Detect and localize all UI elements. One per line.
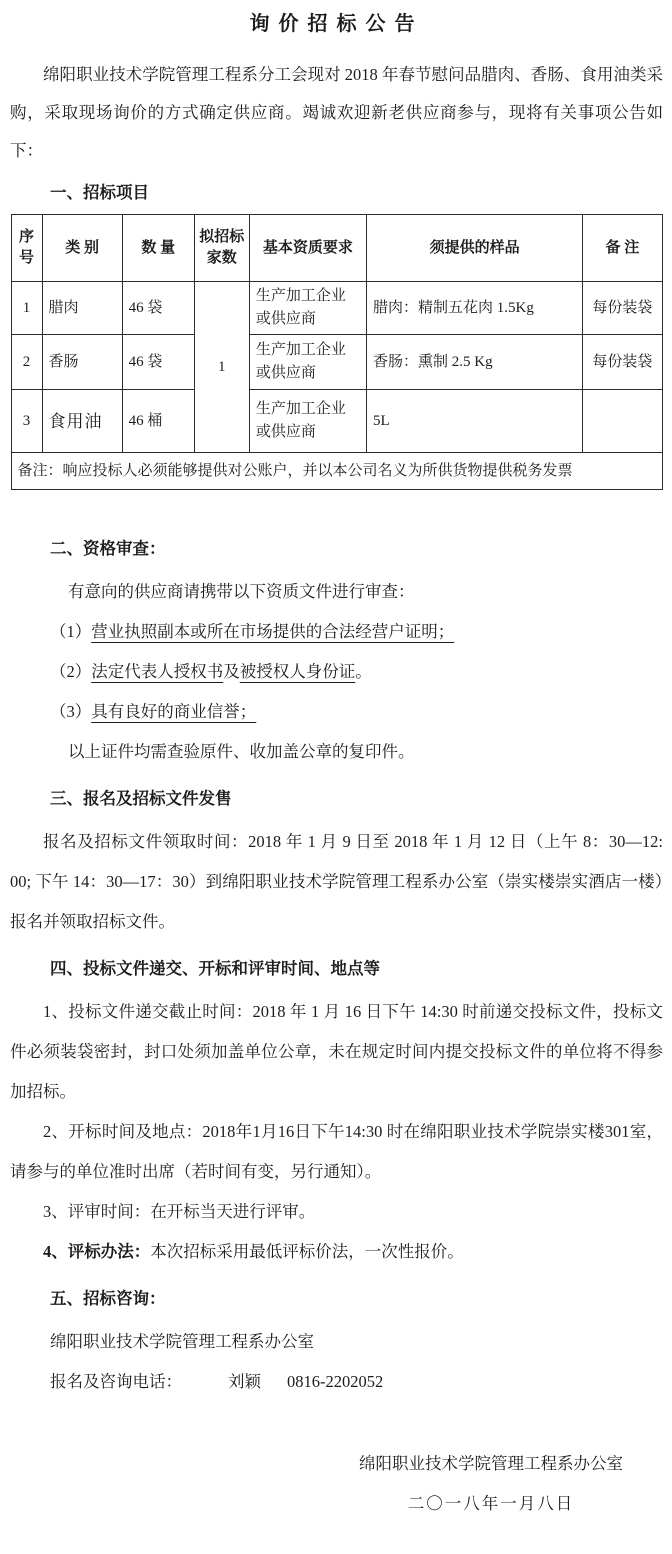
section2-heading: 二、资格审查：	[50, 536, 663, 562]
evaluation-method-label: 4、评标办法：	[43, 1242, 150, 1261]
qualification-item-1: （1）营业执照副本或所在市场提供的合法经营户证明；	[50, 612, 663, 652]
signature-date: 二〇一八年一月八日	[359, 1484, 623, 1524]
cell-no: 3	[11, 390, 42, 453]
item-suffix: 。	[355, 662, 372, 681]
table-note-row: 备注：响应投标人必须能够提供对公账户，并以本公司名义为所供货物提供税务发票	[11, 453, 662, 490]
table-header-row: 序号 类 别 数 量 拟招标家数 基本资质要求 须提供的样品 备 注	[11, 215, 662, 282]
table-row: 1 腊肉 46 袋 1 生产加工企业或供应商 腊肉：精制五花肉 1.5Kg 每份…	[11, 282, 662, 335]
qualification-item-2: （2）法定代表人授权书及被授权人身份证。	[50, 652, 663, 692]
document-page: 询价招标公告 绵阳职业技术学院管理工程系分工会现对 2018 年春节慰问品腊肉、…	[0, 0, 672, 1554]
item-underlined-text-2: 被授权人身份证	[240, 662, 356, 681]
section5-heading: 五、招标咨询：	[50, 1286, 663, 1312]
section2-lead: 有意向的供应商请携带以下资质文件进行审查：	[68, 572, 663, 612]
cell-qualification: 生产加工企业或供应商	[249, 335, 366, 390]
cell-category: 香肠	[42, 335, 122, 390]
item-prefix: （1）	[50, 622, 91, 641]
contact-office: 绵阳职业技术学院管理工程系办公室	[50, 1322, 663, 1362]
intro-paragraph: 绵阳职业技术学院管理工程系分工会现对 2018 年春节慰问品腊肉、香肠、食用油类…	[10, 56, 663, 170]
cell-quantity: 46 袋	[122, 282, 194, 335]
cell-remark	[583, 390, 662, 453]
cell-bidders-merged: 1	[194, 282, 249, 453]
cell-no: 1	[11, 282, 42, 335]
item-underlined-text: 营业执照副本或所在市场提供的合法经营户证明；	[91, 622, 454, 641]
section1-heading: 一、招标项目	[50, 180, 663, 206]
col-header-quantity: 数 量	[122, 215, 194, 282]
contact-phone-line: 报名及咨询电话：刘颖0816-2202052	[50, 1362, 663, 1402]
col-header-qualification: 基本资质要求	[249, 215, 366, 282]
cell-quantity: 46 桶	[122, 390, 194, 453]
section4-paragraph-1: 1、投标文件递交截止时间：2018 年 1 月 16 日下午 14:30 时前递…	[10, 992, 663, 1112]
item-underlined-text: 法定代表人授权书	[91, 662, 223, 681]
phone-number: 0816-2202052	[287, 1372, 383, 1391]
item-prefix: （3）	[50, 702, 91, 721]
section4-paragraph-3: 3、评审时间：在开标当天进行评审。	[10, 1192, 663, 1232]
cell-sample: 香肠：熏制 2.5 Kg	[367, 335, 583, 390]
cell-remark: 每份装袋	[583, 282, 662, 335]
section4-paragraph-4: 4、评标办法：本次招标采用最低评标价法，一次性报价。	[10, 1232, 663, 1272]
cell-sample: 腊肉：精制五花肉 1.5Kg	[367, 282, 583, 335]
item-mid-text: 及	[223, 662, 240, 681]
section4-heading: 四、投标文件递交、开标和评审时间、地点等	[50, 956, 663, 982]
evaluation-method-text: 本次招标采用最低评标价法，一次性报价。	[150, 1242, 464, 1261]
cell-sample: 5L	[367, 390, 583, 453]
contact-name: 刘颖	[228, 1372, 261, 1391]
cell-category: 食用油	[42, 390, 122, 453]
tender-items-table: 序号 类 别 数 量 拟招标家数 基本资质要求 须提供的样品 备 注 1 腊肉 …	[11, 214, 663, 490]
phone-label: 报名及咨询电话：	[50, 1372, 182, 1391]
cell-quantity: 46 袋	[122, 335, 194, 390]
cell-no: 2	[11, 335, 42, 390]
signature-block: 绵阳职业技术学院管理工程系办公室 二〇一八年一月八日	[359, 1444, 623, 1524]
signature-org: 绵阳职业技术学院管理工程系办公室	[359, 1444, 623, 1484]
col-header-sample: 须提供的样品	[367, 215, 583, 282]
col-header-remark: 备 注	[583, 215, 662, 282]
item-underlined-text: 具有良好的商业信誉；	[91, 702, 256, 721]
item-prefix: （2）	[50, 662, 91, 681]
table-row: 3 食用油 46 桶 生产加工企业或供应商 5L	[11, 390, 662, 453]
section3-heading: 三、报名及招标文件发售	[50, 786, 663, 812]
cell-remark: 每份装袋	[583, 335, 662, 390]
cell-qualification: 生产加工企业或供应商	[249, 282, 366, 335]
col-header-bidders: 拟招标家数	[194, 215, 249, 282]
cell-category: 腊肉	[42, 282, 122, 335]
section4-paragraph-2: 2、开标时间及地点：2018年1月16日下午14:30 时在绵阳职业技术学院崇实…	[10, 1112, 663, 1192]
col-header-no: 序号	[11, 215, 42, 282]
page-title: 询价招标公告	[10, 8, 663, 40]
table-row: 2 香肠 46 袋 生产加工企业或供应商 香肠：熏制 2.5 Kg 每份装袋	[11, 335, 662, 390]
cell-qualification: 生产加工企业或供应商	[249, 390, 366, 453]
section2-closing: 以上证件均需查验原件、收加盖公章的复印件。	[68, 732, 663, 772]
qualification-item-3: （3）具有良好的商业信誉；	[50, 692, 663, 732]
section3-paragraph: 报名及招标文件领取时间：2018 年 1 月 9 日至 2018 年 1 月 1…	[10, 822, 663, 942]
table-note: 备注：响应投标人必须能够提供对公账户，并以本公司名义为所供货物提供税务发票	[11, 453, 662, 490]
col-header-category: 类 别	[42, 215, 122, 282]
